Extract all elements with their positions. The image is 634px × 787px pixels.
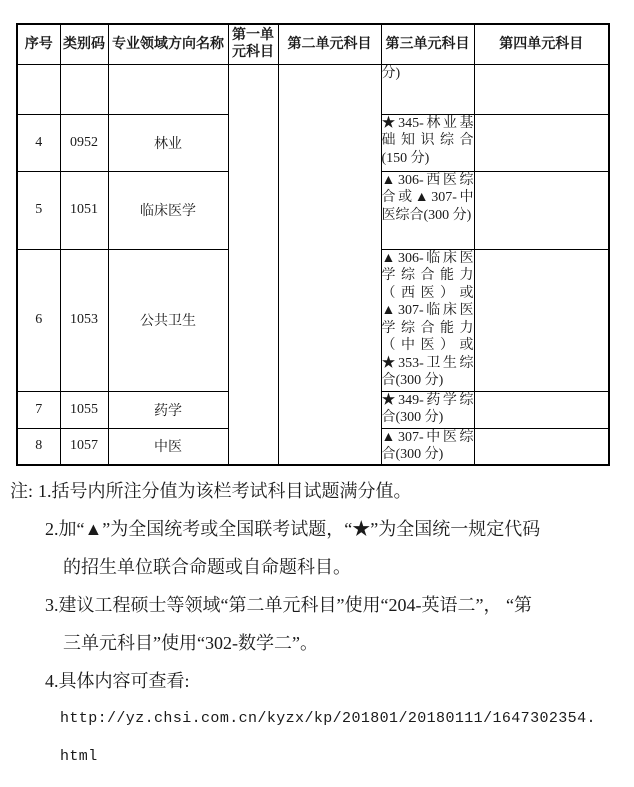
cell-unit4 [474, 428, 609, 465]
exam-subjects-table: 序号 类别码 专业领域方向名称 第一单元科目 第二单元科目 第三单元科目 第四单… [16, 23, 610, 466]
col-header-unit2: 第二单元科目 [278, 24, 381, 64]
document-page: 序号 类别码 专业领域方向名称 第一单元科目 第二单元科目 第三单元科目 第四单… [0, 0, 634, 787]
notes-section: 注:1.括号内所注分值为该栏考试科目试题满分值。 2.加“▲”为全国统考或全国联… [0, 472, 634, 776]
cell-no: 7 [17, 391, 60, 428]
cell-no: 4 [17, 114, 60, 171]
cell-unit3: ▲306-西医综合或▲307-中医综合(300 分) [381, 171, 474, 249]
cell-code: 1053 [60, 249, 108, 391]
cell-unit4 [474, 249, 609, 391]
cell-no: 8 [17, 428, 60, 465]
reference-url-line-2: html [0, 738, 634, 776]
cell-unit4 [474, 391, 609, 428]
cell-name: 中医 [108, 428, 228, 465]
cell-code: 1057 [60, 428, 108, 465]
col-header-code: 类别码 [60, 24, 108, 64]
cell-name [108, 64, 228, 114]
cell-unit3: ★345-林业基础知识综合(150 分) [381, 114, 474, 171]
note-item-3-line-1: 3.建议工程硕士等领域“第二单元科目”使用“204-英语二”， “第 [0, 586, 634, 624]
cell-no [17, 64, 60, 114]
note-item-1: 注:1.括号内所注分值为该栏考试科目试题满分值。 [0, 472, 634, 510]
col-header-unit3: 第三单元科目 [381, 24, 474, 64]
cell-name: 林业 [108, 114, 228, 171]
cell-no: 5 [17, 171, 60, 249]
cell-code: 1055 [60, 391, 108, 428]
cell-unit2-merged [278, 64, 381, 465]
cell-code [60, 64, 108, 114]
cell-unit4 [474, 171, 609, 249]
col-header-unit1: 第一单元科目 [228, 24, 278, 64]
cell-unit3: ★349-药学综合(300 分) [381, 391, 474, 428]
cell-unit4 [474, 114, 609, 171]
note-item-2-line-2: 的招生单位联合命题或自命题科目。 [0, 548, 634, 586]
table-header-row: 序号 类别码 专业领域方向名称 第一单元科目 第二单元科目 第三单元科目 第四单… [17, 24, 609, 64]
cell-name: 药学 [108, 391, 228, 428]
cell-unit1-merged [228, 64, 278, 465]
col-header-no: 序号 [17, 24, 60, 64]
note-item-4: 4.具体内容可查看: [0, 662, 634, 700]
cell-name: 公共卫生 [108, 249, 228, 391]
cell-unit4 [474, 64, 609, 114]
col-header-name: 专业领域方向名称 [108, 24, 228, 64]
note-item-2-line-1: 2.加“▲”为全国统考或全国联考试题，“★”为全国统一规定代码 [0, 510, 634, 548]
cell-code: 1051 [60, 171, 108, 249]
note-item-3-line-2: 三单元科目”使用“302-数学二”。 [0, 624, 634, 662]
cell-unit3: ▲306-临床医学综合能力（西医）或▲307-临床医学综合能力（中医）或★353… [381, 249, 474, 391]
cell-code: 0952 [60, 114, 108, 171]
cell-unit3: ▲307-中医综合(300 分) [381, 428, 474, 465]
note-prefix: 注: [10, 481, 33, 501]
note-1-text: 1.括号内所注分值为该栏考试科目试题满分值。 [38, 481, 412, 501]
cell-no: 6 [17, 249, 60, 391]
table-row-continuation: 分) [17, 64, 609, 114]
cell-name: 临床医学 [108, 171, 228, 249]
cell-unit3: 分) [381, 64, 474, 114]
col-header-unit4: 第四单元科目 [474, 24, 609, 64]
reference-url-line-1: http://yz.chsi.com.cn/kyzx/kp/201801/201… [0, 700, 634, 738]
